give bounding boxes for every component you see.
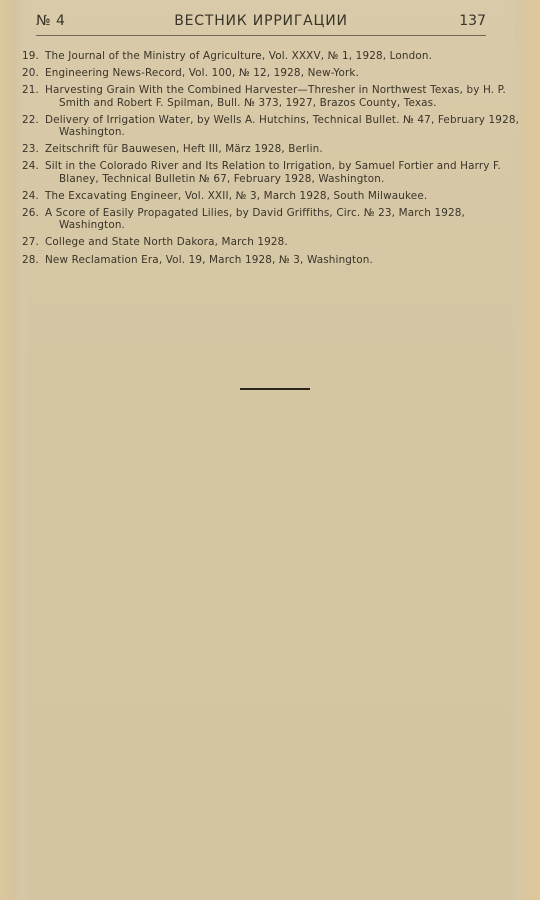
reference-number: 26. — [22, 207, 45, 219]
reference-text: A Score of Easily Propagated Lilies, by … — [45, 207, 468, 231]
reference-text: Engineering News-Record, Vol. 100, № 12,… — [45, 67, 359, 79]
reference-text: The Excavating Engineer, Vol. XXII, № 3,… — [45, 190, 427, 202]
reference-number: 21. — [22, 84, 45, 96]
reference-text: Zeitschrift für Bauwesen, Heft III, März… — [45, 143, 323, 155]
reference-item: 24.Silt in the Colorado River and Its Re… — [22, 160, 526, 184]
journal-title: ВЕСТНИК ИРРИГАЦИИ — [36, 13, 486, 29]
reference-number: 28. — [22, 254, 45, 266]
reference-item: 26.A Score of Easily Propagated Lilies, … — [22, 207, 526, 231]
reference-number: 22. — [22, 114, 45, 126]
reference-number: 23. — [22, 143, 45, 155]
section-end-rule — [240, 388, 310, 390]
reference-item: 21.Harvesting Grain With the Combined Ha… — [22, 84, 526, 108]
reference-text: Harvesting Grain With the Combined Harve… — [45, 84, 509, 108]
reference-number: 19. — [22, 50, 45, 62]
reference-item: 22.Delivery of Irrigation Water, by Well… — [22, 114, 526, 138]
reference-item: 23.Zeitschrift für Bauwesen, Heft III, M… — [22, 143, 526, 155]
reference-text: The Journal of the Ministry of Agricultu… — [45, 50, 432, 62]
reference-item: 20.Engineering News-Record, Vol. 100, № … — [22, 67, 526, 79]
reference-number: 20. — [22, 67, 45, 79]
reference-number: 27. — [22, 236, 45, 248]
reference-text: Silt in the Colorado River and Its Relat… — [45, 160, 504, 184]
reference-item: 24.The Excavating Engineer, Vol. XXII, №… — [22, 190, 526, 202]
reference-text: College and State North Dakora, March 19… — [45, 236, 288, 248]
reference-number: 24. — [22, 160, 45, 172]
reference-list: 19.The Journal of the Ministry of Agricu… — [22, 50, 526, 271]
reference-text: New Reclamation Era, Vol. 19, March 1928… — [45, 254, 373, 266]
running-header: № 4 ВЕСТНИК ИРРИГАЦИИ 137 — [36, 13, 486, 36]
document-page: № 4 ВЕСТНИК ИРРИГАЦИИ 137 19.The Journal… — [0, 0, 540, 900]
reference-item: 27.College and State North Dakora, March… — [22, 236, 526, 248]
page-number: 137 — [459, 13, 486, 29]
reference-item: 28.New Reclamation Era, Vol. 19, March 1… — [22, 254, 526, 266]
reference-item: 19.The Journal of the Ministry of Agricu… — [22, 50, 526, 62]
reference-number: 24. — [22, 190, 45, 202]
reference-text: Delivery of Irrigation Water, by Wells A… — [45, 114, 523, 138]
